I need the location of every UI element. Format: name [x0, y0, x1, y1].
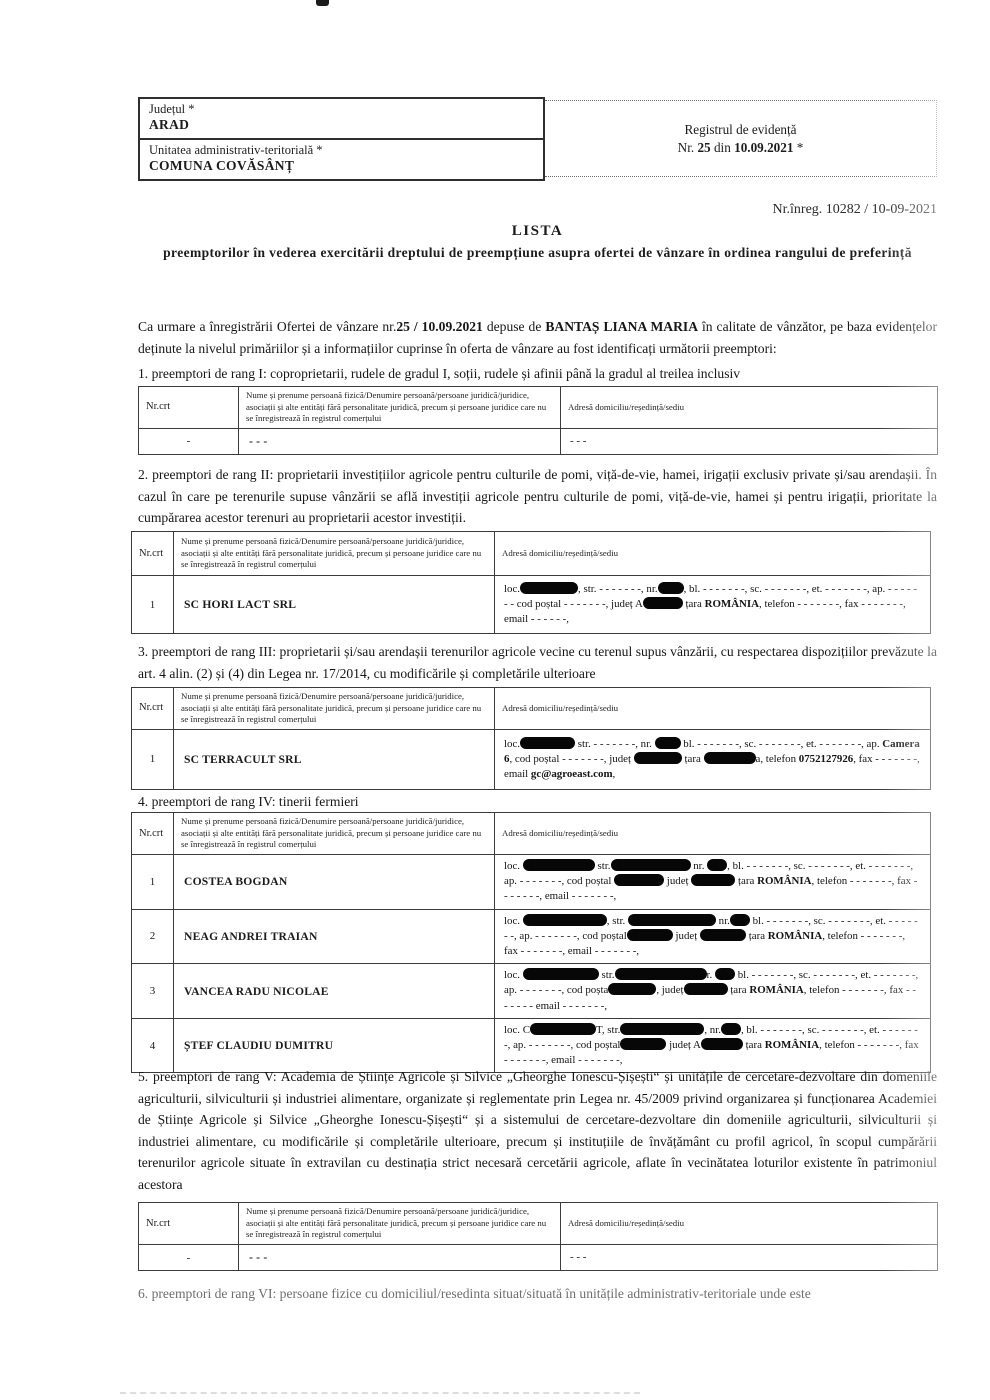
text-segment: județ A: [666, 1039, 701, 1051]
rang2-heading: 2. preemptori de rang II: proprietarii i…: [138, 464, 937, 529]
text-segment: ROMÂNIA: [757, 875, 811, 887]
row-number: -: [139, 428, 239, 454]
redaction-mark: [707, 859, 727, 871]
registry-number: Nr. 25 din 10.09.2021 *: [678, 140, 804, 156]
text-segment: țara: [683, 598, 705, 610]
table-row: 4 ȘTEF CLAUDIU DUMITRU loc. CT, str., nr…: [132, 1018, 931, 1073]
column-header-nrcrt: Nr.crt: [132, 532, 174, 576]
redaction-mark: [627, 929, 673, 941]
text-segment: , str.: [607, 915, 628, 927]
redaction-mark: [523, 914, 607, 926]
text-segment: țara: [735, 875, 757, 887]
row-name: COSTEA BOGDAN: [174, 855, 495, 910]
redaction-mark: [730, 914, 750, 926]
text-segment: 0752127926: [799, 753, 853, 765]
text-segment: ROMÂNIA: [749, 984, 803, 996]
text-segment: ROMÂNIA: [705, 598, 759, 610]
text-segment: loc.: [504, 583, 520, 595]
row-name: ȘTEF CLAUDIU DUMITRU: [174, 1018, 495, 1073]
row-name: VANCEA RADU NICOLAE: [174, 964, 495, 1019]
text-segment: BANTAȘ LIANA MARIA: [545, 319, 698, 334]
text-segment: loc.: [504, 860, 523, 872]
scan-artifact-speck: [316, 0, 329, 6]
document-title: LISTA: [138, 223, 937, 240]
row-name: - - -: [239, 1245, 561, 1271]
column-header-name: Nume și prenume persoană fizică/Denumire…: [174, 688, 495, 730]
row-number: 4: [132, 1018, 174, 1073]
document-subtitle: preemptorilor în vederea exercitării dre…: [138, 245, 937, 261]
county-value: ARAD: [149, 117, 534, 133]
rang1-heading: 1. preemptori de rang I: coproprietarii,…: [138, 363, 937, 385]
text-segment: țara: [746, 930, 768, 942]
text-segment: Ca urmare a înregistrării Ofertei de vân…: [138, 319, 396, 334]
registry-title: Registrul de evidență: [684, 122, 796, 138]
county-label: Județul *: [149, 102, 534, 117]
redaction-mark: [658, 582, 684, 594]
table-row: - - - - - - -: [139, 1245, 938, 1271]
text-segment: 10.09.2021: [734, 140, 793, 155]
redaction-mark: [615, 968, 707, 980]
text-segment: , nr.: [704, 1024, 721, 1036]
table-row: 1 COSTEA BOGDAN loc. str. nr. , bl. - - …: [132, 855, 931, 910]
text-segment: a, telefon: [756, 753, 799, 765]
table-row: 3 VANCEA RADU NICOLAE loc. str.r. bl. - …: [132, 964, 931, 1019]
rang5-heading: 5. preemptori de rang V: Academia de Ști…: [138, 1066, 937, 1195]
table-header-row: Nr.crt Nume și prenume persoană fizică/D…: [139, 1203, 938, 1245]
text-segment: Nr.: [678, 140, 698, 155]
column-header-address: Adresă domiciliu/reședință/sediu: [495, 813, 931, 855]
redaction-mark: [620, 1038, 666, 1050]
text-segment: 25: [697, 140, 710, 155]
redaction-mark: [634, 752, 682, 764]
rang6-heading: 6. preemptori de rang VI: persoane fizic…: [138, 1283, 937, 1305]
text-segment: str.: [595, 860, 611, 872]
text-segment: str. - - - - - - -, nr.: [575, 738, 655, 750]
text-segment: , cod poștal - - - - - - -, județ: [509, 753, 633, 765]
row-number: 1: [132, 729, 174, 789]
uat-label: Unitatea administrativ-teritorială *: [149, 143, 534, 158]
column-header-nrcrt: Nr.crt: [132, 813, 174, 855]
row-name: - - -: [239, 428, 561, 454]
text-segment: loc.: [504, 915, 523, 927]
table-row: 2 NEAG ANDREI TRAIAN loc. , str. nr. bl.…: [132, 909, 931, 964]
table-row: 1 SC TERRACULT SRL loc. str. - - - - - -…: [132, 729, 931, 789]
redaction-mark: [620, 1023, 704, 1035]
text-segment: țara: [728, 984, 750, 996]
column-header-name: Nume și prenume persoană fizică/Denumire…: [174, 813, 495, 855]
text-segment: nr.: [716, 915, 730, 927]
text-segment: țara: [682, 753, 704, 765]
text-segment: bl. - - - - - - -, sc. - - - - - - -, et…: [681, 738, 883, 750]
row-address: - - -: [561, 1245, 938, 1271]
text-segment: nr.: [691, 860, 708, 872]
rang3-table: Nr.crt Nume și prenume persoană fizică/D…: [131, 687, 931, 790]
column-header-address: Adresă domiciliu/reședință/sediu: [495, 532, 931, 576]
column-header-address: Adresă domiciliu/reședință/sediu: [561, 1203, 938, 1245]
text-segment: județ: [673, 930, 700, 942]
row-address: loc. , str. nr. bl. - - - - - - -, sc. -…: [495, 909, 931, 964]
row-address: - - -: [561, 428, 938, 454]
redaction-mark: [523, 968, 599, 980]
column-header-name: Nume și prenume persoană fizică/Denumire…: [239, 387, 561, 429]
table-row: 1 SC HORI LACT SRL loc., str. - - - - - …: [132, 576, 931, 634]
row-address: loc. CT, str., nr., bl. - - - - - - -, s…: [495, 1018, 931, 1073]
redaction-mark: [628, 914, 716, 926]
text-segment: str.: [599, 969, 615, 981]
redaction-mark: [684, 983, 728, 995]
column-header-nrcrt: Nr.crt: [132, 688, 174, 730]
rang5-table: Nr.crt Nume și prenume persoană fizică/D…: [138, 1202, 938, 1271]
redaction-mark: [655, 737, 681, 749]
intro-paragraph: Ca urmare a înregistrării Ofertei de vân…: [138, 316, 937, 360]
redaction-mark: [643, 597, 683, 609]
column-header-name: Nume și prenume persoană fizică/Denumire…: [239, 1203, 561, 1245]
scan-artifact-dots: [120, 1392, 640, 1394]
text-segment: gc@agroeast.com: [531, 768, 613, 780]
registry-box: Registrul de evidență Nr. 25 din 10.09.2…: [545, 100, 937, 177]
row-number: 2: [132, 909, 174, 964]
row-address: loc., str. - - - - - - -, nr., bl. - - -…: [495, 576, 931, 634]
redaction-mark: [520, 737, 575, 749]
table-row: - - - - - - -: [139, 428, 938, 454]
redaction-mark: [701, 1038, 743, 1050]
column-header-nrcrt: Nr.crt: [139, 1203, 239, 1245]
text-segment: ,: [613, 768, 616, 780]
text-segment: , județ: [656, 984, 683, 996]
text-segment: , str. - - - - - - -, nr.: [578, 583, 658, 595]
text-segment: loc.: [504, 969, 523, 981]
column-header-name: Nume și prenume persoană fizică/Denumire…: [174, 532, 495, 576]
text-segment: țara: [743, 1039, 765, 1051]
text-segment: ROMÂNIA: [768, 930, 822, 942]
column-header-address: Adresă domiciliu/reședință/sediu: [561, 387, 938, 429]
text-segment: loc.: [504, 738, 520, 750]
redaction-mark: [530, 1023, 596, 1035]
redaction-mark: [520, 582, 578, 594]
text-segment: 25 / 10.09.2021: [396, 319, 482, 334]
county-cell: Județul * ARAD: [140, 99, 543, 138]
row-address: loc. str.r. bl. - - - - - - -, sc. - - -…: [495, 964, 931, 1019]
text-segment: *: [793, 140, 803, 155]
table-header-row: Nr.crt Nume și prenume persoană fizică/D…: [132, 532, 931, 576]
county-uat-box: Județul * ARAD Unitatea administrativ-te…: [138, 97, 545, 181]
redaction-mark: [721, 1023, 741, 1035]
column-header-address: Adresă domiciliu/reședință/sediu: [495, 688, 931, 730]
table-header-row: Nr.crt Nume și prenume persoană fizică/D…: [139, 387, 938, 429]
text-segment: județ: [664, 875, 691, 887]
text-segment: depuse de: [483, 319, 545, 334]
header-box: Județul * ARAD Unitatea administrativ-te…: [138, 97, 937, 181]
row-number: 1: [132, 855, 174, 910]
table-header-row: Nr.crt Nume și prenume persoană fizică/D…: [132, 813, 931, 855]
uat-value: COMUNA COVĂSÂNȚ: [149, 158, 534, 174]
scanned-document-page: Județul * ARAD Unitatea administrativ-te…: [0, 0, 990, 1400]
row-number: -: [139, 1245, 239, 1271]
uat-cell: Unitatea administrativ-teritorială * COM…: [140, 138, 543, 179]
row-address: loc. str. nr. , bl. - - - - - - -, sc. -…: [495, 855, 931, 910]
redaction-mark: [704, 752, 756, 764]
redaction-mark: [715, 968, 735, 980]
text-segment: din: [711, 140, 734, 155]
redaction-mark: [608, 983, 656, 995]
text-segment: T, str.: [596, 1024, 620, 1036]
redaction-mark: [691, 874, 735, 886]
row-name: SC HORI LACT SRL: [174, 576, 495, 634]
table-header-row: Nr.crt Nume și prenume persoană fizică/D…: [132, 688, 931, 730]
rang4-table: Nr.crt Nume și prenume persoană fizică/D…: [131, 812, 931, 1073]
registration-number: Nr.înreg. 10282 / 10-09-2021: [138, 202, 937, 218]
rang3-heading: 3. preemptori de rang III: proprietarii …: [138, 641, 937, 684]
rang1-table: Nr.crt Nume și prenume persoană fizică/D…: [138, 386, 938, 455]
row-name: NEAG ANDREI TRAIAN: [174, 909, 495, 964]
rang2-table: Nr.crt Nume și prenume persoană fizică/D…: [131, 531, 931, 634]
row-number: 3: [132, 964, 174, 1019]
column-header-nrcrt: Nr.crt: [139, 387, 239, 429]
redaction-mark: [523, 859, 595, 871]
redaction-mark: [700, 929, 746, 941]
text-segment: loc. C: [504, 1024, 530, 1036]
row-number: 1: [132, 576, 174, 634]
redaction-mark: [611, 859, 691, 871]
text-segment: r.: [707, 969, 715, 981]
rang4-heading: 4. preemptori de rang IV: tinerii fermie…: [138, 791, 937, 813]
row-address: loc. str. - - - - - - -, nr. bl. - - - -…: [495, 729, 931, 789]
redaction-mark: [614, 874, 664, 886]
text-segment: ROMÂNIA: [765, 1039, 819, 1051]
row-name: SC TERRACULT SRL: [174, 729, 495, 789]
